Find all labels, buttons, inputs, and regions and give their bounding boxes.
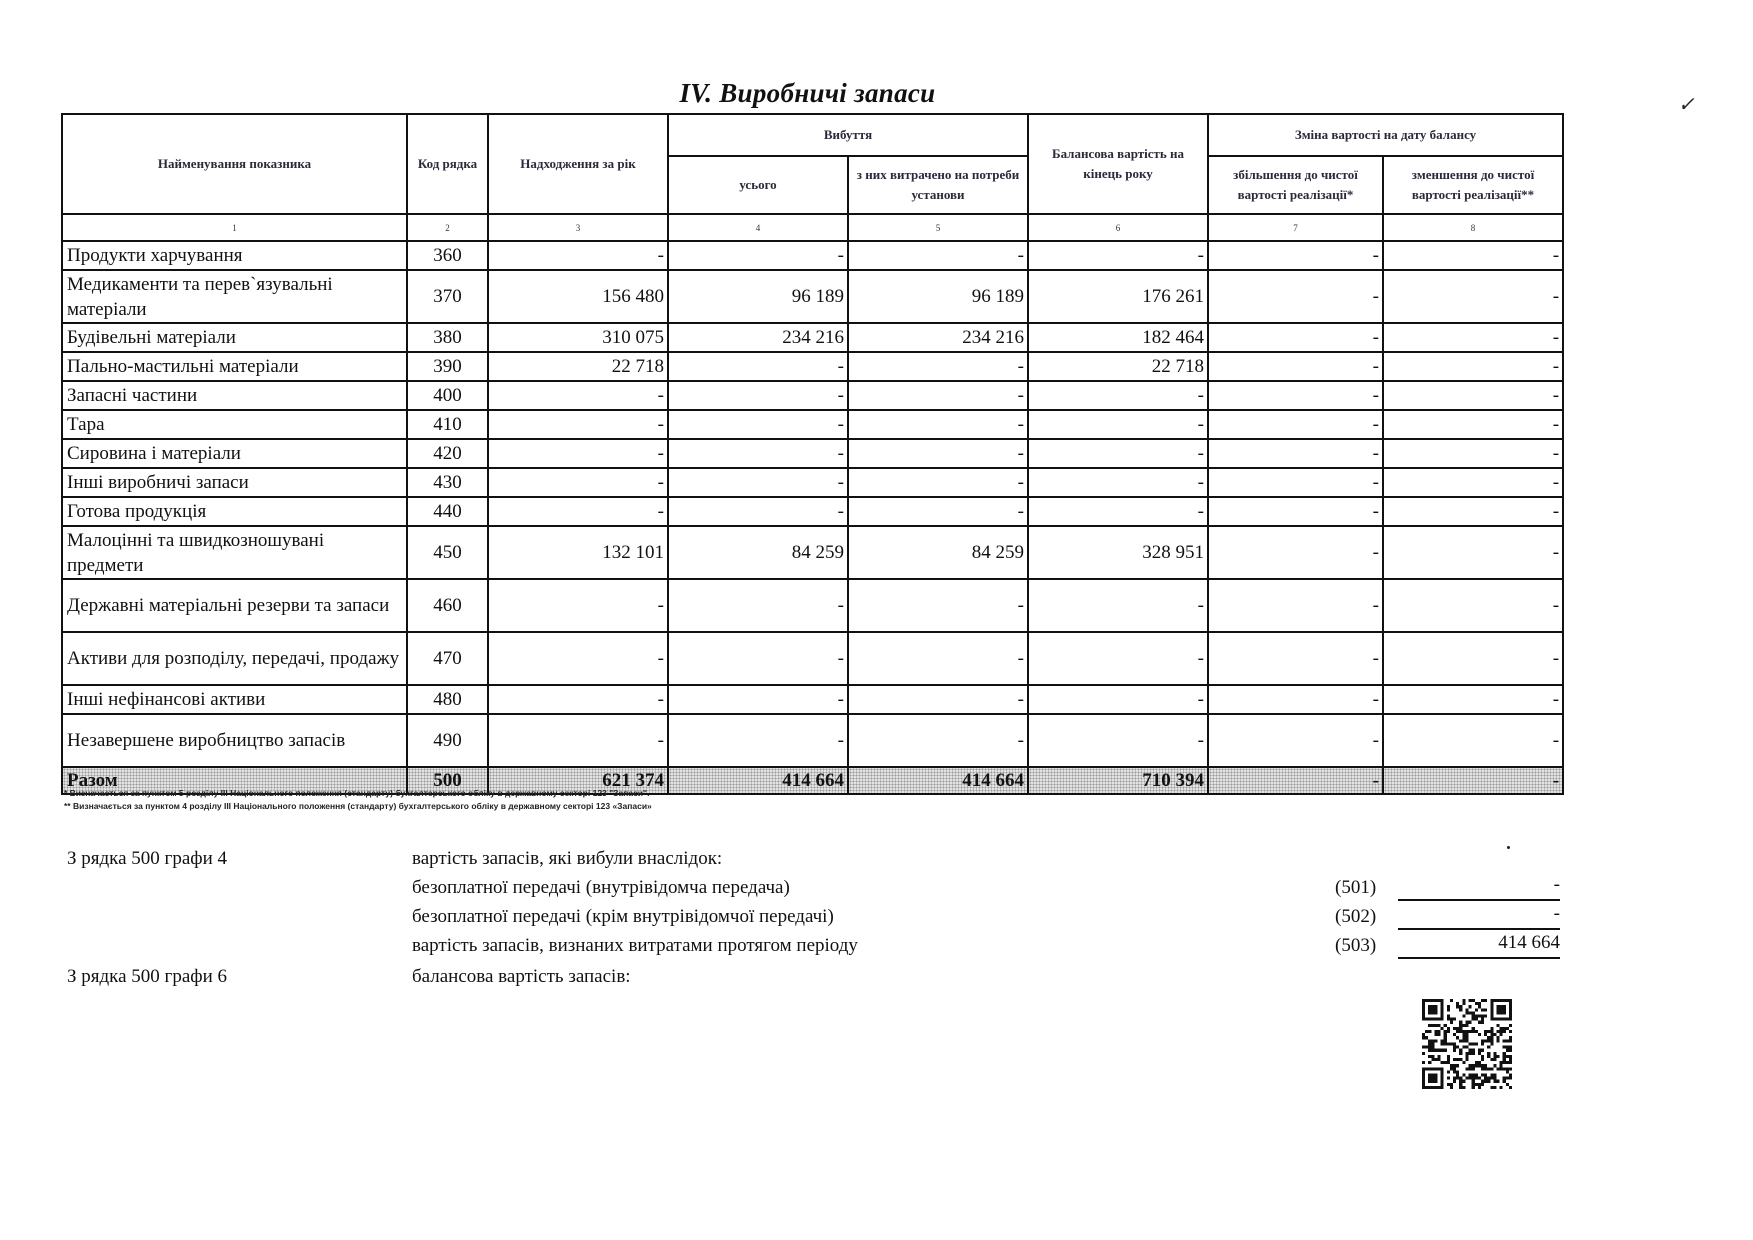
row-decrease: -: [1383, 468, 1563, 497]
row-name: Готова продукція: [62, 497, 407, 526]
row-income: -: [488, 439, 668, 468]
row-income: -: [488, 714, 668, 767]
column-number: 3: [488, 214, 668, 241]
section-title: IV. Виробничі запаси: [0, 78, 1615, 109]
line-502-value: -: [1398, 903, 1560, 930]
row-disposal-total: -: [668, 579, 848, 632]
row-increase: -: [1208, 526, 1383, 579]
table-row: Тара410------: [62, 410, 1563, 439]
column-number: 4: [668, 214, 848, 241]
row-increase: -: [1208, 410, 1383, 439]
row-disposal-total: -: [668, 632, 848, 685]
row-decrease: -: [1383, 410, 1563, 439]
qr-code-icon: [1422, 995, 1512, 1093]
line-503-text: вартість запасів, визнаних витратами про…: [412, 935, 858, 957]
row-decrease: -: [1383, 632, 1563, 685]
row-name: Активи для розподілу, передачі, продажу: [62, 632, 407, 685]
row-code: 370: [407, 270, 488, 323]
header-change-increase: збільшення до чистої вартості реалізації…: [1208, 156, 1383, 214]
table-row: Пально-мастильні матеріали39022 718--22 …: [62, 352, 1563, 381]
row-disposal-spent: -: [848, 685, 1028, 714]
row-balance-end: 176 261: [1028, 270, 1208, 323]
row-increase: -: [1208, 323, 1383, 352]
footnote-2: ** Визначається за пунктом 4 розділу III…: [64, 801, 652, 811]
table-row: Запасні частини400------: [62, 381, 1563, 410]
column-number: 8: [1383, 214, 1563, 241]
row-code: 460: [407, 579, 488, 632]
header-code: Код рядка: [407, 114, 488, 214]
row-increase: -: [1208, 241, 1383, 270]
row-income: -: [488, 632, 668, 685]
row-disposal-spent: -: [848, 439, 1028, 468]
line-501-value: -: [1398, 874, 1560, 901]
row-balance-end: -: [1028, 685, 1208, 714]
row-code: 360: [407, 241, 488, 270]
row-disposal-spent: -: [848, 714, 1028, 767]
row-disposal-total: -: [668, 714, 848, 767]
row-disposal-spent: -: [848, 241, 1028, 270]
column-number: 5: [848, 214, 1028, 241]
header-name: Найменування показника: [62, 114, 407, 214]
total-increase: -: [1208, 767, 1383, 794]
row-disposal-spent: -: [848, 632, 1028, 685]
row-balance-end: -: [1028, 381, 1208, 410]
row-increase: -: [1208, 439, 1383, 468]
row-code: 390: [407, 352, 488, 381]
row-balance-end: -: [1028, 241, 1208, 270]
table-row: Готова продукція440------: [62, 497, 1563, 526]
row-code: 380: [407, 323, 488, 352]
row-name: Тара: [62, 410, 407, 439]
disposal-intro: вартість запасів, які вибули внаслідок:: [412, 848, 722, 870]
row-disposal-spent: 96 189: [848, 270, 1028, 323]
row-income: -: [488, 410, 668, 439]
row-balance-end: 328 951: [1028, 526, 1208, 579]
row-disposal-spent: -: [848, 352, 1028, 381]
row-balance-end: -: [1028, 468, 1208, 497]
row-name: Продукти харчування: [62, 241, 407, 270]
row-balance-end: -: [1028, 439, 1208, 468]
row-disposal-spent: -: [848, 381, 1028, 410]
column-number: 7: [1208, 214, 1383, 241]
row-disposal-total: -: [668, 381, 848, 410]
row-income: 156 480: [488, 270, 668, 323]
line-503-value: 414 664: [1398, 932, 1560, 959]
row-disposal-total: 84 259: [668, 526, 848, 579]
row-disposal-total: -: [668, 241, 848, 270]
table-row: Державні матеріальні резерви та запаси46…: [62, 579, 1563, 632]
row-code: 470: [407, 632, 488, 685]
row-name: Інші виробничі запаси: [62, 468, 407, 497]
header-disposal-group: Вибуття: [668, 114, 1028, 156]
row-increase: -: [1208, 497, 1383, 526]
row-income: 132 101: [488, 526, 668, 579]
row-disposal-spent: 234 216: [848, 323, 1028, 352]
header-balance-end: Балансова вартість на кінець року: [1028, 114, 1208, 214]
row-balance-end: -: [1028, 714, 1208, 767]
row-increase: -: [1208, 632, 1383, 685]
row-disposal-total: -: [668, 497, 848, 526]
header-change-decrease: зменшення до чистої вартості реалізації*…: [1383, 156, 1563, 214]
row-increase: -: [1208, 468, 1383, 497]
footnote-1: * Визначається за пунктом 5 розділу III …: [64, 788, 649, 798]
table-row: Сировина і матеріали420------: [62, 439, 1563, 468]
row-disposal-total: -: [668, 468, 848, 497]
table-row: Інші виробничі запаси430------: [62, 468, 1563, 497]
row-income: 310 075: [488, 323, 668, 352]
row-income: -: [488, 241, 668, 270]
row-disposal-spent: -: [848, 468, 1028, 497]
table-row: Незавершене виробництво запасів490------: [62, 714, 1563, 767]
row-decrease: -: [1383, 579, 1563, 632]
row-income: -: [488, 381, 668, 410]
row-code: 420: [407, 439, 488, 468]
table-row: Активи для розподілу, передачі, продажу4…: [62, 632, 1563, 685]
row-name: Сировина і матеріали: [62, 439, 407, 468]
row-name: Інші нефінансові активи: [62, 685, 407, 714]
row-decrease: -: [1383, 526, 1563, 579]
line-501-code: (501): [1335, 877, 1376, 899]
row-disposal-spent: 84 259: [848, 526, 1028, 579]
row-name: Будівельні матеріали: [62, 323, 407, 352]
row-balance-end: -: [1028, 410, 1208, 439]
table-body: Продукти харчування360------Медикаменти …: [62, 241, 1563, 767]
label-row500-col4: З рядка 500 графи 4: [67, 848, 227, 870]
header-change-group: Зміна вартості на дату балансу: [1208, 114, 1563, 156]
header-income: Надходження за рік: [488, 114, 668, 214]
row-income: -: [488, 468, 668, 497]
row-disposal-total: 234 216: [668, 323, 848, 352]
column-number-row: 1 2 3 4 5 6 7 8: [62, 214, 1563, 241]
row-disposal-total: 96 189: [668, 270, 848, 323]
table-row: Медикаменти та перев`язувальні матеріали…: [62, 270, 1563, 323]
row-disposal-spent: -: [848, 497, 1028, 526]
row-decrease: -: [1383, 497, 1563, 526]
row-income: 22 718: [488, 352, 668, 381]
row-decrease: -: [1383, 381, 1563, 410]
row-disposal-total: -: [668, 685, 848, 714]
row-increase: -: [1208, 579, 1383, 632]
row-disposal-total: -: [668, 410, 848, 439]
line-502-code: (502): [1335, 906, 1376, 928]
row-disposal-total: -: [668, 439, 848, 468]
column-number: 1: [62, 214, 407, 241]
row-income: -: [488, 497, 668, 526]
row-decrease: -: [1383, 685, 1563, 714]
total-disposal-total: 414 664: [668, 767, 848, 794]
header-row-1: Найменування показника Код рядка Надходж…: [62, 114, 1563, 156]
column-number: 2: [407, 214, 488, 241]
table-row: Інші нефінансові активи480------: [62, 685, 1563, 714]
row-name: Медикаменти та перев`язувальні матеріали: [62, 270, 407, 323]
total-decrease: -: [1383, 767, 1563, 794]
row-income: -: [488, 685, 668, 714]
row-decrease: -: [1383, 352, 1563, 381]
row-balance-end: 182 464: [1028, 323, 1208, 352]
row-increase: -: [1208, 352, 1383, 381]
line-503-code: (503): [1335, 935, 1376, 957]
row-decrease: -: [1383, 714, 1563, 767]
table-row: Малоцінні та швидкозношувані предмети450…: [62, 526, 1563, 579]
row-increase: -: [1208, 714, 1383, 767]
balance-text: балансова вартість запасів:: [412, 966, 631, 988]
row-name: Запасні частини: [62, 381, 407, 410]
label-row500-col6: З рядка 500 графи 6: [67, 966, 227, 988]
row-code: 400: [407, 381, 488, 410]
header-disposal-total: усього: [668, 156, 848, 214]
row-decrease: -: [1383, 241, 1563, 270]
row-code: 410: [407, 410, 488, 439]
row-increase: -: [1208, 685, 1383, 714]
total-disposal-spent: 414 664: [848, 767, 1028, 794]
row-name: Незавершене виробництво запасів: [62, 714, 407, 767]
inventory-table: Найменування показника Код рядка Надходж…: [61, 113, 1564, 795]
row-code: 490: [407, 714, 488, 767]
row-code: 480: [407, 685, 488, 714]
header-disposal-spent: з них витрачено на потреби установи: [848, 156, 1028, 214]
column-number: 6: [1028, 214, 1208, 241]
row-increase: -: [1208, 381, 1383, 410]
row-decrease: -: [1383, 439, 1563, 468]
row-name: Пально-мастильні матеріали: [62, 352, 407, 381]
row-balance-end: -: [1028, 497, 1208, 526]
row-code: 450: [407, 526, 488, 579]
table-row: Продукти харчування360------: [62, 241, 1563, 270]
row-decrease: -: [1383, 270, 1563, 323]
table-row: Будівельні матеріали380310 075234 216234…: [62, 323, 1563, 352]
row-decrease: -: [1383, 323, 1563, 352]
row-disposal-total: -: [668, 352, 848, 381]
row-disposal-spent: -: [848, 579, 1028, 632]
row-income: -: [488, 579, 668, 632]
line-502-text: безоплатної передачі (крім внутрівідомчо…: [412, 906, 834, 928]
row-name: Державні матеріальні резерви та запаси: [62, 579, 407, 632]
line-501-text: безоплатної передачі (внутрівідомча пере…: [412, 877, 790, 899]
row-balance-end: 22 718: [1028, 352, 1208, 381]
total-balance-end: 710 394: [1028, 767, 1208, 794]
scan-speck: [1507, 846, 1510, 849]
row-balance-end: -: [1028, 579, 1208, 632]
row-name: Малоцінні та швидкозношувані предмети: [62, 526, 407, 579]
row-code: 430: [407, 468, 488, 497]
row-increase: -: [1208, 270, 1383, 323]
checkmark-icon: ✓: [1678, 92, 1695, 117]
row-balance-end: -: [1028, 632, 1208, 685]
row-disposal-spent: -: [848, 410, 1028, 439]
row-code: 440: [407, 497, 488, 526]
